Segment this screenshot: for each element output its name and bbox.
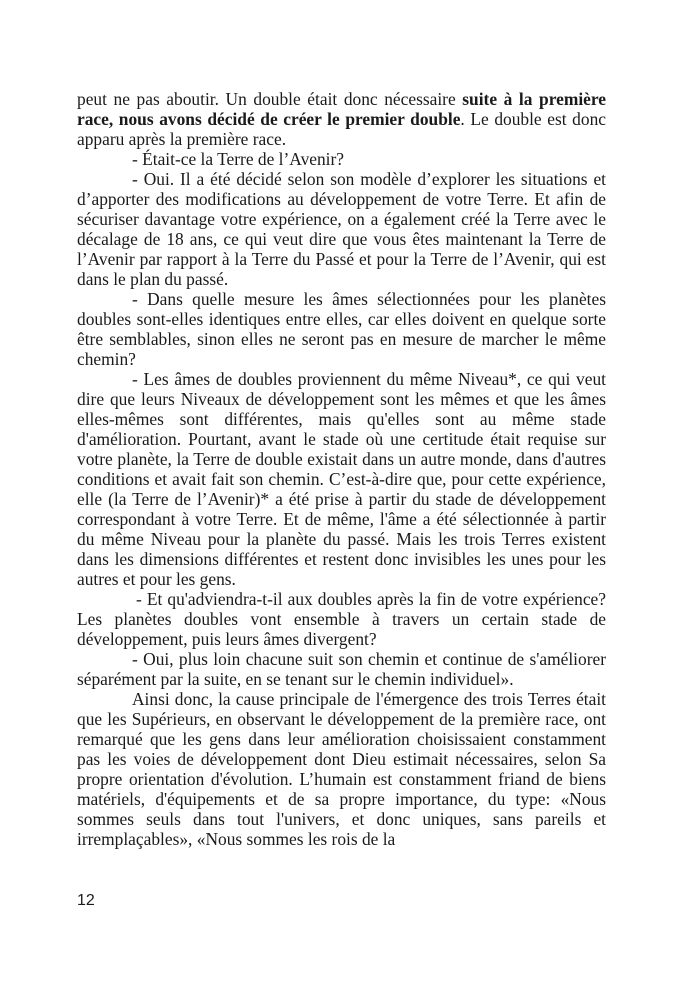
document-page: peut ne pas aboutir. Un double était don… [0, 0, 700, 993]
page-number: 12 [77, 891, 95, 911]
paragraph-answer-chemin: - Oui, plus loin chacune suit son chemin… [77, 649, 606, 689]
paragraph-answer-niveau: - Les âmes de doubles proviennent du mêm… [77, 369, 606, 589]
paragraph-question-doubles: - Et qu'adviendra-t-il aux doubles après… [77, 589, 606, 649]
paragraph-1: peut ne pas aboutir. Un double était don… [77, 89, 606, 149]
paragraph-question-ames: - Dans quelle mesure les âmes sélectionn… [77, 289, 606, 369]
paragraph-ainsi-donc: Ainsi donc, la cause principale de l'éme… [77, 689, 606, 849]
body-text: peut ne pas aboutir. Un double était don… [77, 89, 606, 849]
paragraph-answer-decalage: - Oui. Il a été décidé selon son modèle … [77, 169, 606, 289]
paragraph-1-run-1: peut ne pas aboutir. Un double était don… [77, 89, 462, 109]
paragraph-question-avenir: - Était-ce la Terre de l’Avenir? [77, 149, 606, 169]
